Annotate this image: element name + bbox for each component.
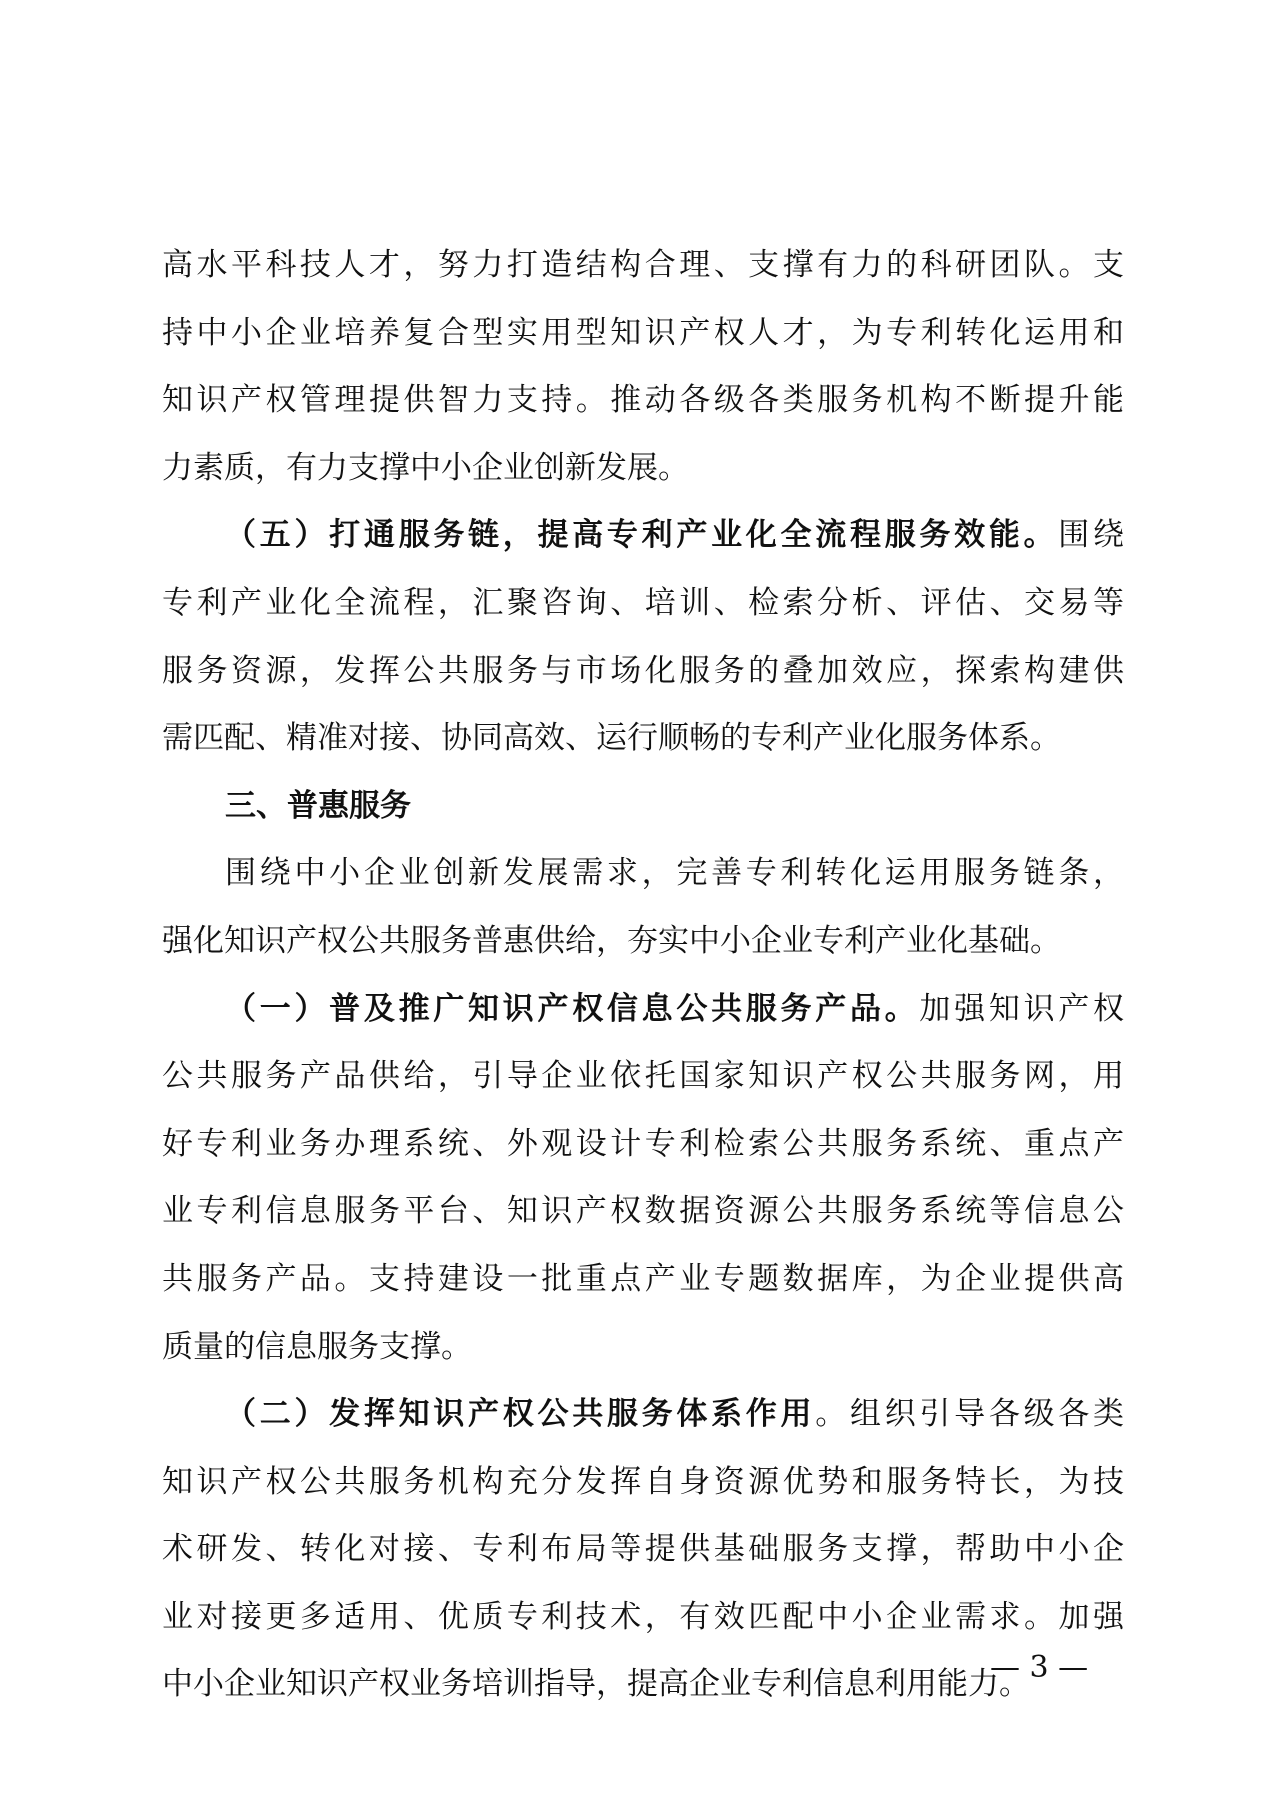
text-line: 业专利信息服务平台、知识产权数据资源公共服务系统等信息公 [162, 1178, 1124, 1246]
line-text: 持中小企业培养复合型实用型知识产权人才，为专利转化运用和 [162, 315, 1124, 351]
text-line: 中小企业知识产权业务培训指导，提高企业专利信息利用能力。 [162, 1651, 1124, 1719]
text-line: 公共服务产品供给，引导企业依托国家知识产权公共服务网，用 [162, 1043, 1124, 1111]
document-body: 高水平科技人才，努力打造结构合理、支撑有力的科研团队。支 持中小企业培养复合型实… [162, 232, 1124, 1719]
chapter-3-title: 三、普惠服务 [225, 788, 411, 824]
line-text: 需匹配、精准对接、协同高效、运行顺畅的专利产业化服务体系。 [162, 720, 1061, 756]
text-line: 知识产权公共服务机构充分发挥自身资源优势和服务特长，为技 [162, 1449, 1124, 1517]
line-text: 围绕 [1058, 517, 1124, 553]
text-line: 需匹配、精准对接、协同高效、运行顺畅的专利产业化服务体系。 [162, 705, 1124, 773]
subsection-1-title: （一）普及推广知识产权信息公共服务产品。 [225, 991, 919, 1027]
line-text: 共服务产品。支持建设一批重点产业专题数据库，为企业提供高 [162, 1261, 1124, 1297]
document-page: 高水平科技人才，努力打造结构合理、支撑有力的科研团队。支 持中小企业培养复合型实… [0, 0, 1280, 1810]
line-text: 加强知识产权 [919, 991, 1124, 1027]
line-text: 术研发、转化对接、专利布局等提供基础服务支撑，帮助中小企 [162, 1531, 1124, 1567]
line-text: 强化知识产权公共服务普惠供给，夯实中小企业专利产业化基础。 [162, 923, 1061, 959]
line-text: 服务资源，发挥公共服务与市场化服务的叠加效应，探索构建供 [162, 653, 1124, 689]
text-line: 好专利业务办理系统、外观设计专利检索公共服务系统、重点产 [162, 1111, 1124, 1179]
line-text: 中小企业知识产权业务培训指导，提高企业专利信息利用能力。 [162, 1666, 1030, 1702]
subsection-1-heading-line: （一）普及推广知识产权信息公共服务产品。加强知识产权 [162, 976, 1124, 1044]
line-text: 好专利业务办理系统、外观设计专利检索公共服务系统、重点产 [162, 1126, 1124, 1162]
page-number: — 3 — [990, 1650, 1088, 1685]
text-line: 术研发、转化对接、专利布局等提供基础服务支撑，帮助中小企 [162, 1516, 1124, 1584]
line-text: 围绕中小企业创新发展需求，完善专利转化运用服务链条， [225, 855, 1124, 891]
section-5-title: （五）打通服务链，提高专利产业化全流程服务效能。 [225, 517, 1058, 553]
text-line: 强化知识产权公共服务普惠供给，夯实中小企业专利产业化基础。 [162, 908, 1124, 976]
line-text: 公共服务产品供给，引导企业依托国家知识产权公共服务网，用 [162, 1058, 1124, 1094]
text-line: 服务资源，发挥公共服务与市场化服务的叠加效应，探索构建供 [162, 638, 1124, 706]
line-text: 高水平科技人才，努力打造结构合理、支撑有力的科研团队。支 [162, 247, 1124, 283]
line-text: 专利产业化全流程，汇聚咨询、培训、检索分析、评估、交易等 [162, 585, 1124, 621]
chapter-3-heading: 三、普惠服务 [162, 773, 1124, 841]
text-line: 力素质，有力支撑中小企业创新发展。 [162, 435, 1124, 503]
text-line: 共服务产品。支持建设一批重点产业专题数据库，为企业提供高 [162, 1246, 1124, 1314]
text-line: 业对接更多适用、优质专利技术，有效匹配中小企业需求。加强 [162, 1584, 1124, 1652]
line-text: 质量的信息服务支撑。 [162, 1329, 472, 1365]
text-line: 质量的信息服务支撑。 [162, 1314, 1124, 1382]
text-line: 围绕中小企业创新发展需求，完善专利转化运用服务链条， [162, 840, 1124, 908]
line-text: 知识产权公共服务机构充分发挥自身资源优势和服务特长，为技 [162, 1464, 1124, 1500]
subsection-2-title: （二）发挥知识产权公共服务体系作用 [225, 1396, 815, 1432]
text-line: 知识产权管理提供智力支持。推动各级各类服务机构不断提升能 [162, 367, 1124, 435]
subsection-2-heading-line: （二）发挥知识产权公共服务体系作用。组织引导各级各类 [162, 1381, 1124, 1449]
line-text: 知识产权管理提供智力支持。推动各级各类服务机构不断提升能 [162, 382, 1124, 418]
text-line: 持中小企业培养复合型实用型知识产权人才，为专利转化运用和 [162, 300, 1124, 368]
text-line: 高水平科技人才，努力打造结构合理、支撑有力的科研团队。支 [162, 232, 1124, 300]
line-text: 。组织引导各级各类 [815, 1396, 1124, 1432]
section-5-heading-line: （五）打通服务链，提高专利产业化全流程服务效能。围绕 [162, 502, 1124, 570]
text-line: 专利产业化全流程，汇聚咨询、培训、检索分析、评估、交易等 [162, 570, 1124, 638]
line-text: 业专利信息服务平台、知识产权数据资源公共服务系统等信息公 [162, 1193, 1124, 1229]
line-text: 力素质，有力支撑中小企业创新发展。 [162, 450, 689, 486]
line-text: 业对接更多适用、优质专利技术，有效匹配中小企业需求。加强 [162, 1599, 1124, 1635]
